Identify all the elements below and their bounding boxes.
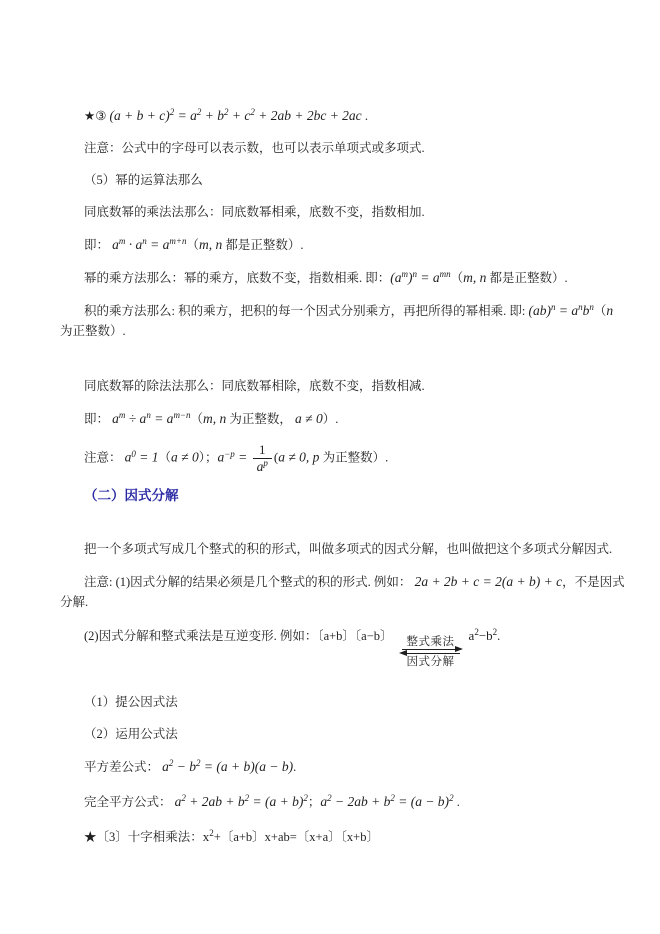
formula-trinomial-square: ★③ (a + b + c)2 = a2 + b2 + c2 + 2ab + 2… [60, 107, 630, 125]
text-token: n [589, 302, 594, 312]
text-token: (a + b + c) [110, 108, 170, 123]
text-token: + 2ab + b [186, 794, 245, 809]
text-token: mn [440, 269, 451, 279]
text-token: n [146, 410, 151, 420]
text-token: a ≠ 0 [171, 450, 199, 465]
rule-power-of-product: 积的乘方法那么: 积的乘方，把积的每一个因式分别乘方，再把所得的幂相乘. 即: … [60, 302, 630, 320]
text-token: （ [594, 304, 607, 318]
text-token: + 2ab + 2bc + 2ac [255, 108, 362, 123]
text-token: (a [390, 270, 401, 285]
text-token: m, n [203, 411, 226, 426]
text-token: ) [408, 270, 413, 285]
text-token: 都是正整数）. [486, 271, 567, 285]
text-token: 为正整数， [226, 412, 295, 426]
rule-power-of-product-wrap: 为正整数）. [60, 323, 630, 340]
note-formula-letters: 注意：公式中的字母可以表示数，也可以表示单项式或多项式. [60, 140, 630, 157]
text-token: a ≠ 0 [295, 411, 323, 426]
text-token: a [112, 237, 119, 252]
formula-cross-multiplication: ★〔3〕十字相乘法：x2+〔a+b〕x+ab=〔x+a〕〔x+b〕 [60, 828, 630, 846]
text-token: m [402, 269, 409, 279]
text-token: (2)因式分解和整式乘法是互逆变形. 例如：〔a+b〕〔a−b〕 [84, 629, 393, 643]
text-token: （ [451, 271, 464, 285]
formula-same-base-division: 即： am ÷ an = am−n（m, n 为正整数， a ≠ 0）. [60, 410, 630, 428]
text-token: 完全平方公式： [84, 795, 175, 809]
text-token: 平方差公式： [84, 760, 162, 774]
text-token: 2 [209, 828, 214, 838]
text-token: 2 [169, 758, 174, 768]
formula-same-base-multiplication: 即： am · an = am+n（m, n 都是正整数）. [60, 236, 630, 254]
text-token: 2 [181, 793, 186, 803]
section-heading-factorization: （二）因式分解 [60, 487, 630, 505]
text-token: a [162, 759, 169, 774]
text-token: 2 [196, 758, 201, 768]
rule-same-base-division: 同底数幂的除法法那么：同底数幂相除，底数不变，指数相减. [60, 378, 630, 395]
text-token: 为正整数）. [60, 324, 126, 338]
text-token: +〔a+b〕x+ab=〔x+a〕〔x+b〕 [214, 830, 379, 844]
text-token: 2 [390, 793, 395, 803]
text-token: −b [479, 628, 493, 643]
mutual-inverse-arrow-diagram: 整式乘法因式分解 [400, 636, 462, 668]
formula-perfect-square: 完全平方公式： a2 + 2ab + b2 = (a + b)2；a2 − 2a… [60, 793, 630, 811]
rule-power-of-power: 幂的乘方法那么：幂的乘方，底数不变，指数相乘. 即：(am)n = amn（m,… [60, 269, 630, 287]
text-token: 2 [449, 793, 454, 803]
text-token: . [362, 109, 368, 123]
text-token: 2 [493, 627, 498, 637]
arrow-left-icon [402, 653, 460, 654]
text-token: m, n [199, 237, 222, 252]
text-token: a ≠ 0, p [278, 450, 319, 465]
text-token: −p [224, 449, 235, 459]
text-token: 2 [303, 793, 308, 803]
text-token: （2）运用公式法 [84, 727, 178, 741]
text-token: 注意: (1)因式分解的结果必须是几个整式的积的形式. 例如： [84, 575, 415, 589]
text-token: （ [159, 451, 172, 465]
text-token: 同底数幂的除法法那么：同底数幂相除，底数不变，指数相减. [84, 379, 425, 393]
text-token: + c [229, 108, 251, 123]
text-token: 2a + 2b + c = 2(a + b) + c [415, 574, 563, 589]
text-token: 即： [84, 238, 112, 252]
text-token: m, n [463, 270, 486, 285]
text-token: ★③ [84, 109, 110, 123]
document-page: ★③ (a + b + c)2 = a2 + b2 + c2 + 2ab + 2… [0, 0, 660, 934]
text-token: = [235, 450, 251, 465]
text-token: = (a − b) [395, 794, 449, 809]
rule-same-base-multiplication: 同底数幂的乘法法那么：同底数幂相乘，底数不变，指数相加. [60, 204, 630, 221]
text-token: 即： [84, 412, 112, 426]
para-mutual-inverse-transformation: (2)因式分解和整式乘法是互逆变形. 例如：〔a+b〕〔a−b〕整式乘法因式分解… [60, 627, 630, 668]
text-token: 注意：公式中的字母可以表示数，也可以表示单项式或多项式. [84, 141, 425, 155]
text-token: m−n [173, 410, 190, 420]
text-token: n [606, 303, 613, 318]
text-token: （1）提公因式法 [84, 695, 178, 709]
text-token: 幂的乘方法那么：幂的乘方，底数不变，指数相乘. 即： [84, 271, 390, 285]
text-token: 1 [259, 442, 266, 457]
arrow-right-icon [402, 649, 460, 650]
text-token: − 2ab + b [332, 794, 391, 809]
text-token: − b [173, 759, 196, 774]
text-token: （ [186, 238, 199, 252]
text-token: . [454, 795, 460, 809]
text-token: n [551, 302, 556, 312]
method-apply-formulas: （2）运用公式法 [60, 726, 630, 743]
text-token: n [578, 302, 583, 312]
text-token: ）； [199, 451, 218, 465]
text-token: . [497, 629, 500, 643]
text-token: 2 [250, 107, 255, 117]
text-token: ）. [323, 412, 339, 426]
text-token: n [413, 269, 418, 279]
text-token: 2 [327, 793, 332, 803]
formula-difference-of-squares: 平方差公式： a2 − b2 = (a + b)(a − b). [60, 758, 630, 776]
text-token: = (a + b) [249, 794, 303, 809]
method-common-factor: （1）提公因式法 [60, 694, 630, 711]
text-token: = a [174, 108, 197, 123]
note-factorization-result-wrap: 分解. [60, 594, 630, 611]
text-token: 同底数幂的乘法法那么：同底数幂相乘，底数不变，指数相加. [84, 205, 425, 219]
text-token: . [293, 760, 296, 774]
text-token: p [263, 458, 268, 468]
text-token: m+n [169, 236, 186, 246]
text-token: a [112, 411, 119, 426]
text-token: ，不是因式 [562, 575, 625, 589]
text-token: (ab) [528, 303, 551, 318]
text-token: = a [555, 303, 578, 318]
note-factorization-result: 注意: (1)因式分解的结果必须是几个整式的积的形式. 例如： 2a + 2b … [60, 573, 630, 591]
text-token: 2 [474, 627, 479, 637]
text-token: + b [201, 108, 224, 123]
arrow-bottom-label: 因式分解 [400, 656, 462, 668]
text-token: 分解. [60, 595, 88, 609]
arrow-top-label: 整式乘法 [400, 636, 462, 648]
text-token: = a [147, 237, 170, 252]
text-token: 都是正整数）. [222, 238, 303, 252]
text-token: 把一个多项式写成几个整式的积的形式，叫做多项式的因式分解，也叫做把这个多项式分解… [84, 542, 612, 556]
text-token: ★〔3〕十字相乘法： [84, 830, 203, 844]
fraction: 1ap [253, 443, 272, 475]
fraction-denominator: ap [253, 458, 272, 475]
text-token: 2 [197, 107, 202, 117]
text-token: （5）幂的运算法那么 [84, 173, 203, 187]
text-token: 2 [170, 107, 175, 117]
text-token: m [119, 410, 126, 420]
text-token: （二）因式分解 [84, 488, 179, 503]
text-token: （ [191, 412, 204, 426]
heading-power-operations: （5）幂的运算法那么 [60, 172, 630, 189]
text-token: · a [125, 237, 142, 252]
text-token: 2 [245, 793, 250, 803]
text-token: ÷ a [125, 411, 146, 426]
text-token: 积的乘方法那么: 积的乘方，把积的每一个因式分别乘方，再把所得的幂相乘. 即: [84, 304, 528, 318]
text-token: ； [308, 795, 321, 809]
para-factorization-definition: 把一个多项式写成几个整式的积的形式，叫做多项式的因式分解，也叫做把这个多项式分解… [60, 541, 630, 558]
text-token: 2 [224, 107, 229, 117]
text-token: = a [151, 411, 174, 426]
text-token: = 1 [136, 450, 159, 465]
text-token: n [142, 236, 147, 246]
text-token: 为正整数）. [319, 451, 388, 465]
text-token: = (a + b)(a − b) [201, 759, 294, 774]
note-zero-and-negative-exponent: 注意： a0 = 1（a ≠ 0）；a−p = 1ap(a ≠ 0, p 为正整… [60, 443, 630, 475]
fraction-numerator: 1 [255, 443, 270, 458]
text-token: m [119, 236, 126, 246]
text-token: 注意： [84, 451, 125, 465]
text-token: = a [417, 270, 440, 285]
text-token: 0 [131, 449, 136, 459]
